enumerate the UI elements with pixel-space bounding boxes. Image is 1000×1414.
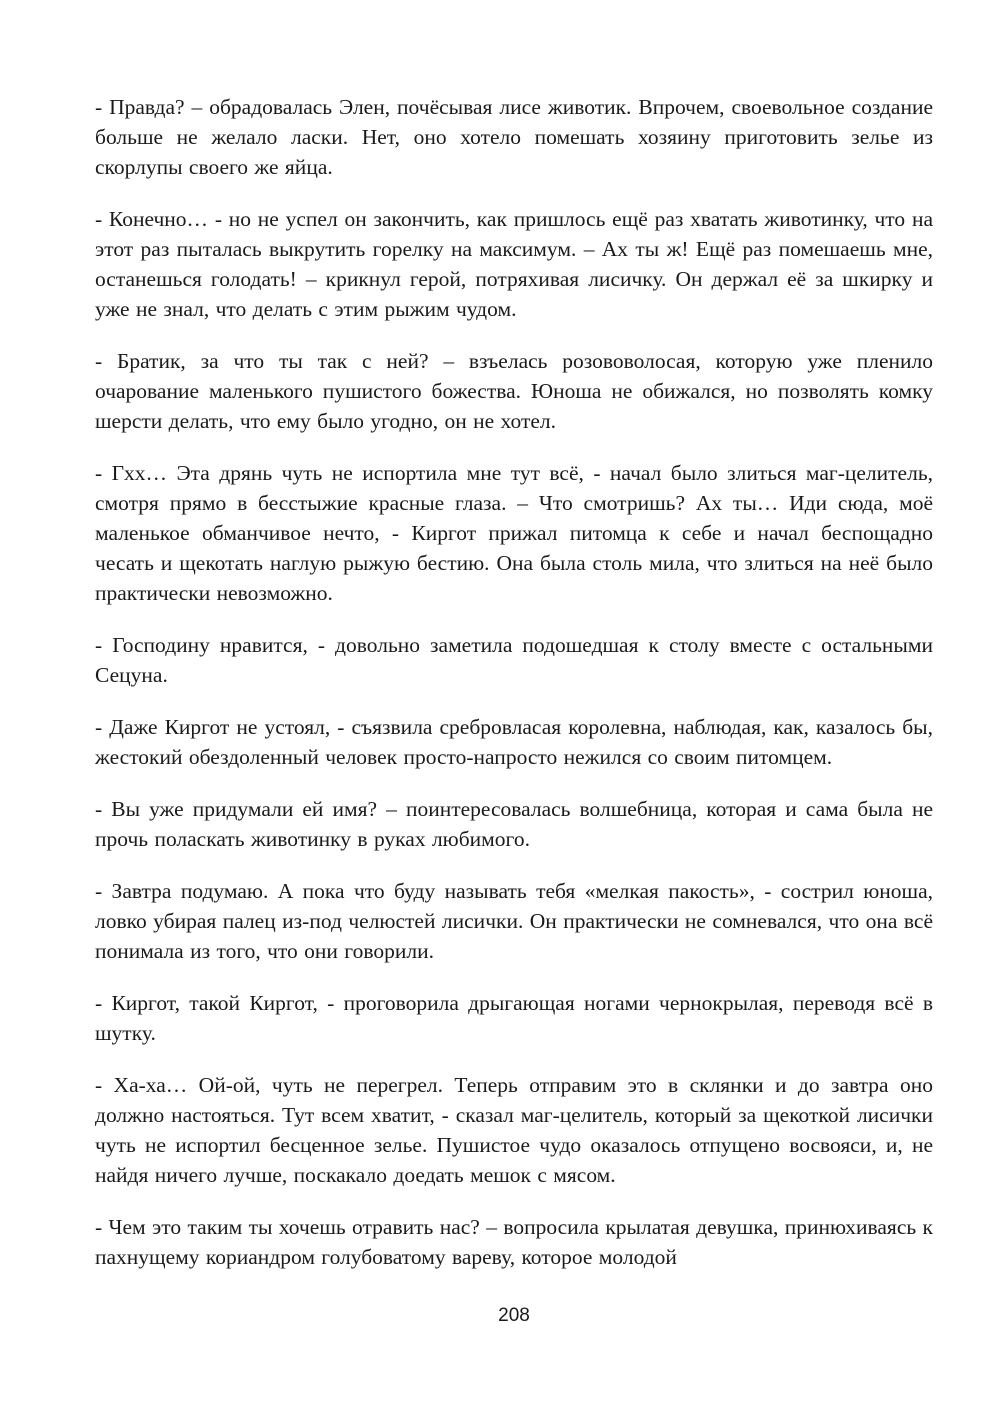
paragraph: - Вы уже придумали ей имя? – поинтересов… bbox=[95, 794, 933, 854]
paragraph: - Киргот, такой Киргот, - проговорила др… bbox=[95, 988, 933, 1048]
book-page: - Правда? – обрадовалась Элен, почёсывая… bbox=[0, 0, 1000, 1414]
paragraph: - Чем это таким ты хочешь отравить нас? … bbox=[95, 1212, 933, 1272]
paragraph: - Господину нравится, - довольно заметил… bbox=[95, 630, 933, 690]
paragraph: - Братик, за что ты так с ней? – взъелас… bbox=[95, 346, 933, 436]
page-text-block: - Правда? – обрадовалась Элен, почёсывая… bbox=[95, 92, 933, 1294]
paragraph: - Завтра подумаю. А пока что буду называ… bbox=[95, 876, 933, 966]
paragraph: - Даже Киргот не устоял, - съязвила среб… bbox=[95, 712, 933, 772]
page-number: 208 bbox=[95, 1305, 933, 1327]
paragraph: - Конечно… - но не успел он закончить, к… bbox=[95, 204, 933, 324]
paragraph: - Гхх… Эта дрянь чуть не испортила мне т… bbox=[95, 458, 933, 608]
paragraph: - Ха-ха… Ой-ой, чуть не перегрел. Теперь… bbox=[95, 1070, 933, 1190]
paragraph: - Правда? – обрадовалась Элен, почёсывая… bbox=[95, 92, 933, 182]
